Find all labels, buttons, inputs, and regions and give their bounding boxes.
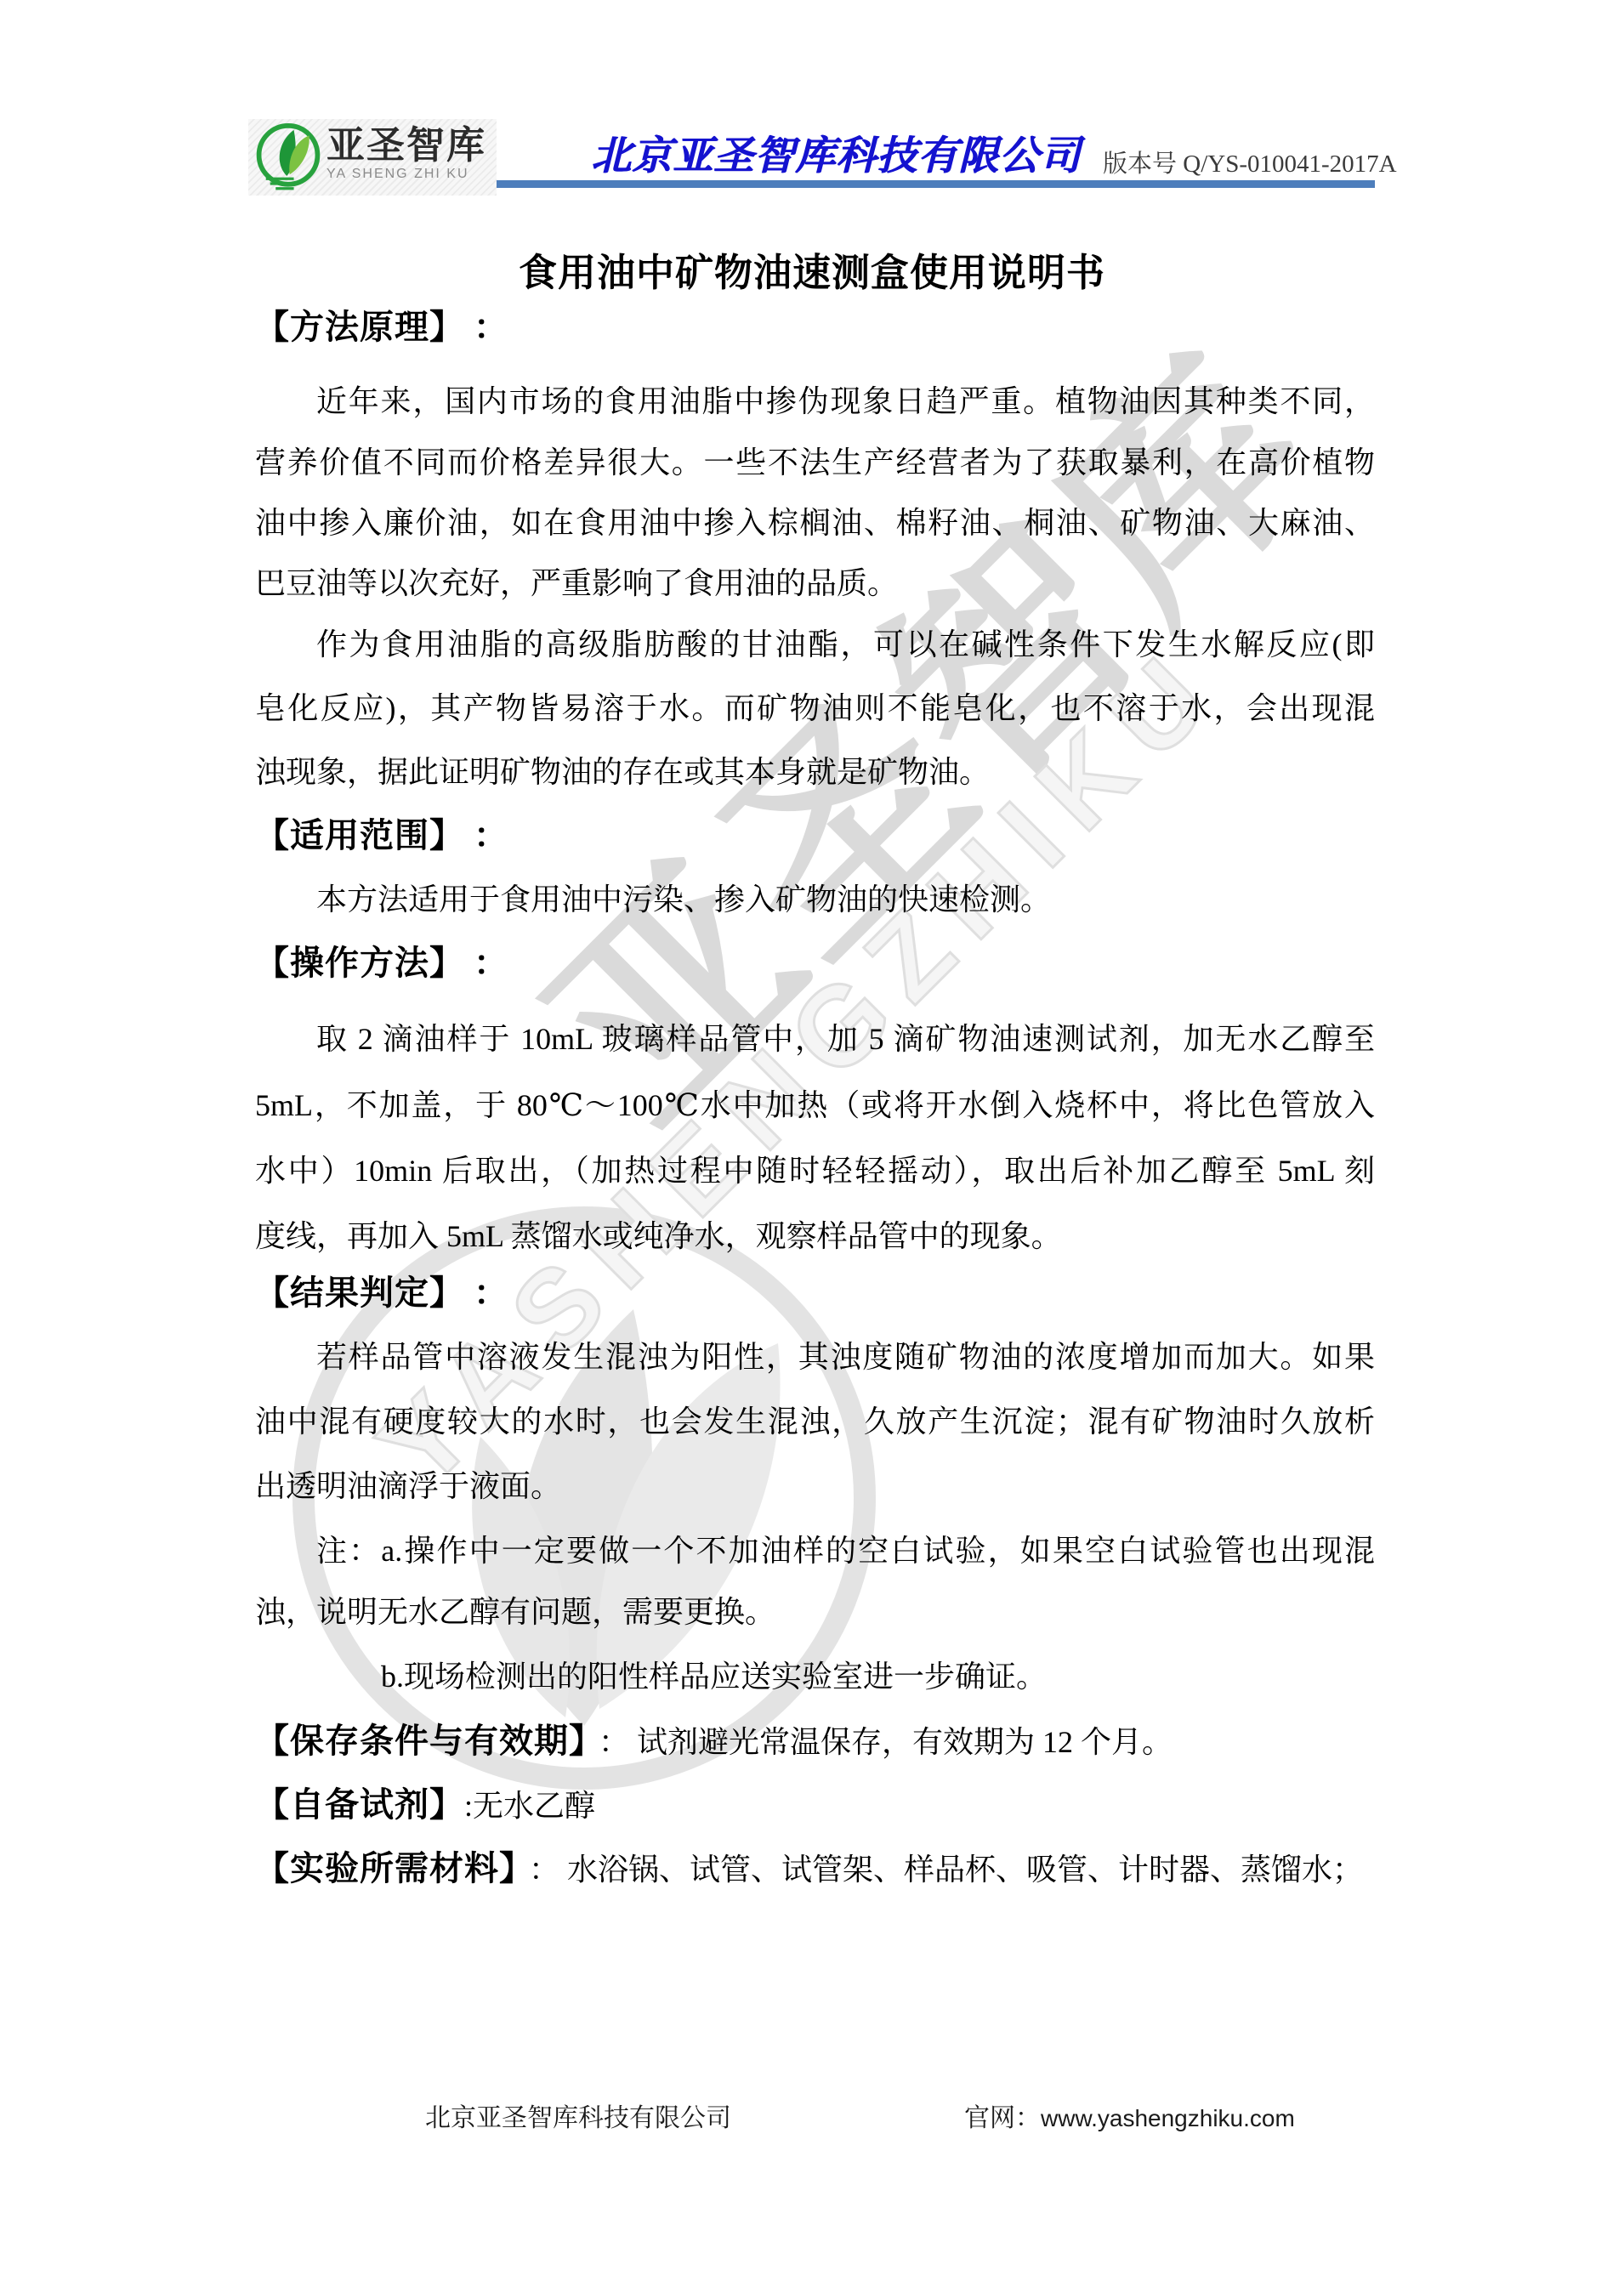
paragraph-line: 取 2 滴油样于 10mL 玻璃样品管中，加 5 滴矿物油速测试剂，加无水乙醇至: [255, 1019, 1375, 1059]
logo-en-text: YA SHENG ZHI KU: [327, 167, 493, 182]
paragraph-line: 巴豆油等以次充好，严重影响了食用油的品质。: [255, 563, 1375, 604]
section-heading-storage: 【保存条件与有效期】: [255, 1722, 587, 1760]
paragraph-line: 浊现象，据此证明矿物油的存在或其本身就是矿物油。: [255, 752, 1375, 792]
storage-line: 【保存条件与有效期】： 试剂避光常温保存，有效期为 12 个月。: [255, 1721, 1375, 1762]
paragraph-line: 度线，再加入 5mL 蒸馏水或纯净水，观察样品管中的现象。: [255, 1216, 1375, 1257]
paragraph-line: 若样品管中溶液发生混浊为阳性，其浊度随矿物油的浓度增加而加大。如果: [255, 1336, 1375, 1377]
section-heading-operation: 【操作方法】 ：: [255, 943, 1375, 984]
footer-site: 官网：www.yashengzhiku.com: [964, 2097, 1295, 2134]
company-logo: 亚圣智库 YA SHENG ZHI KU: [248, 119, 497, 196]
section-heading-reagent: 【自备试剂】: [255, 1785, 464, 1824]
paragraph-line: 本方法适用于食用油中污染、掺入矿物油的快速检测。: [255, 879, 1375, 920]
paragraph-line: 作为食用油脂的高级脂肪酸的甘油酯，可以在碱性条件下发生水解反应(即: [255, 624, 1375, 665]
document-page: 亚圣智库 YASHENGZHIKU 亚圣智库 YA SHENG ZHI KU 北…: [0, 0, 1624, 2287]
note-line-b: b.现场检测出的阳性样品应送实验室进一步确证。: [255, 1656, 1375, 1697]
materials-line: 【实验所需材料】： 水浴锅、试管、试管架、样品杯、吸管、计时器、蒸馏水；: [255, 1848, 1375, 1890]
paragraph-line: 油中掺入廉价油，如在食用油中掺入棕榈油、棉籽油、桐油、矿物油、大麻油、: [255, 502, 1375, 543]
reagent-value: :无水乙醇: [464, 1789, 595, 1823]
section-heading-method: 【方法原理】 ：: [255, 307, 1375, 348]
note-line-a-cont: 浊，说明无水乙醇有问题，需要更换。: [255, 1592, 1375, 1632]
logo-cn-text: 亚圣智库: [327, 126, 493, 165]
leaf-circle-icon: [253, 121, 323, 192]
page-title: 食用油中矿物油速测盒使用说明书: [0, 241, 1624, 297]
footer-company: 北京亚圣智库科技有限公司: [425, 2097, 731, 2134]
note-line-a: 注：a.操作中一定要做一个不加油样的空白试验，如果空白试验管也出现混: [255, 1530, 1375, 1571]
materials-value: ： 水浴锅、试管、试管架、样品杯、吸管、计时器、蒸馏水；: [529, 1853, 1363, 1887]
paragraph-line: 营养价值不同而价格差异很大。一些不法生产经营者为了获取暴利，在高价植物: [255, 442, 1375, 483]
paragraph-line: 5mL，不加盖，于 80℃～100℃水中加热（或将开水倒入烧杯中，将比色管放入: [255, 1085, 1375, 1126]
storage-value: ： 试剂避光常温保存，有效期为 12 个月。: [599, 1725, 1173, 1759]
version-label: 版本号 Q/YS-010041-2017A: [1103, 145, 1397, 179]
paragraph-line: 出透明油滴浮于液面。: [255, 1466, 1375, 1507]
company-name-calligraphy: 北京亚圣智库科技有限公司: [591, 124, 1081, 181]
section-heading-result: 【结果判定】 ：: [255, 1273, 1375, 1314]
reagent-line: 【自备试剂】:无水乙醇: [255, 1785, 1375, 1826]
footer-site-url: www.yashengzhiku.com: [1041, 2105, 1295, 2131]
section-heading-materials: 【实验所需材料】: [255, 1849, 517, 1887]
paragraph-line: 水中）10min 后取出，（加热过程中随时轻轻摇动），取出后补加乙醇至 5mL …: [255, 1150, 1375, 1191]
paragraph-line: 近年来，国内市场的食用油脂中掺伪现象日趋严重。植物油因其种类不同，: [255, 381, 1375, 422]
section-heading-scope: 【适用范围】 ：: [255, 815, 1375, 856]
footer-site-label: 官网：: [964, 2104, 1041, 2132]
paragraph-line: 皂化反应)，其产物皆易溶于水。而矿物油则不能皂化，也不溶于水，会出现混: [255, 688, 1375, 729]
paragraph-line: 油中混有硬度较大的水时，也会发生混浊，久放产生沉淀；混有矿物油时久放析: [255, 1401, 1375, 1442]
